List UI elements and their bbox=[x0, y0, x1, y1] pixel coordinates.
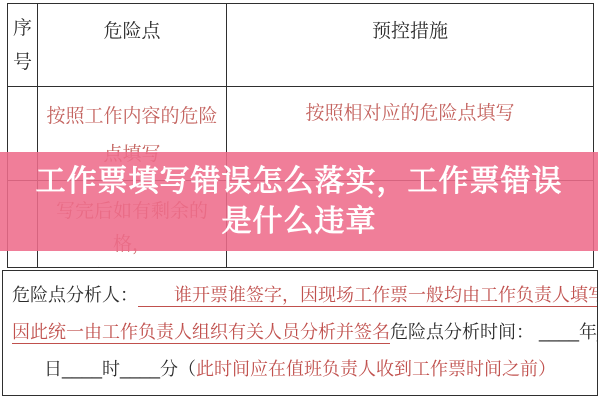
overlay-title-line1: 工作票填写错误怎么落实，工作票错误 bbox=[36, 162, 563, 202]
header-cell-measures: 预控措施 bbox=[227, 4, 593, 87]
time-note: 此时间应在值班负责人收到工作票时间之前） bbox=[196, 359, 556, 379]
title-overlay-banner: 工作票填写错误怎么落实，工作票错误 是什么违章 bbox=[0, 152, 598, 251]
header-measures-label: 预控措施 bbox=[372, 21, 448, 42]
footer-line-time: 因此统一由工作负责人组织有关人员分析并签名危险点分析时间： ____年__月 bbox=[12, 314, 588, 351]
header-cell-danger: 危险点 bbox=[38, 4, 227, 87]
header-cell-serial: 序号 bbox=[8, 4, 38, 87]
time-blanks-day-hour-min: 日____时____分（ bbox=[44, 359, 196, 379]
header-danger-label: 危险点 bbox=[103, 21, 160, 42]
page: 序号 危险点 预控措施 按照工作内容的危险 点填写 按照相对应的危险点填写 写完… bbox=[0, 0, 602, 400]
analyst-label: 危险点分析人： bbox=[12, 285, 138, 305]
footer-line-analyst: 危险点分析人：谁开票谁签字，因现场工作票一般均由工作负责人填写， bbox=[12, 277, 588, 314]
footer-line-time-note: 日____时____分（此时间应在值班负责人收到工作票时间之前） bbox=[12, 351, 588, 388]
row2-danger-line2: 则打上斜线。 bbox=[38, 261, 226, 267]
overlay-title-line2: 是什么违章 bbox=[222, 202, 377, 242]
analyst-note-part2: 因此统一由工作负责人组织有关人员分析并签名 bbox=[12, 322, 390, 344]
time-label: 危险点分析时间： bbox=[390, 322, 534, 342]
analysis-footer-box: 危险点分析人：谁开票谁签字，因现场工作票一般均由工作负责人填写， 因此统一由工作… bbox=[2, 270, 598, 396]
time-blanks-year-month: ____年__月 bbox=[534, 322, 598, 342]
header-serial-label: 序号 bbox=[13, 12, 33, 80]
row1-measure-text: 按照相对应的危险点填写 bbox=[305, 103, 514, 124]
analyst-note-part1: 谁开票谁签字，因现场工作票一般均由工作负责人填写， bbox=[138, 285, 598, 307]
row1-danger-line1: 按照工作内容的危险 bbox=[38, 98, 226, 136]
